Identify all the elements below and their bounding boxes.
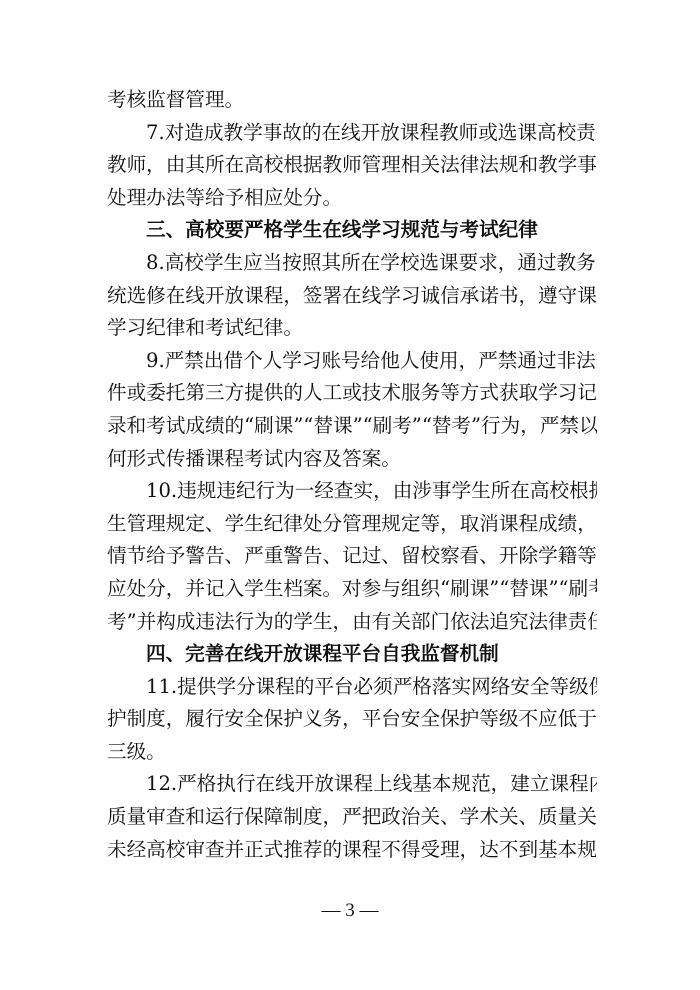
text-line: 处理办法等给予相应处分。 (107, 182, 597, 215)
paragraph-11-start: 11.提供学分课程的平台必须严格落实网络安全等级保 (107, 671, 597, 704)
paragraph-9-start: 9.严禁出借个人学习账号给他人使用，严禁通过非法软 (107, 345, 597, 378)
page-number: — 3 — (0, 900, 700, 922)
text-line: 学习纪律和考试纪律。 (107, 312, 597, 345)
paragraph-10-start: 10.违规违纪行为一经查实，由涉事学生所在高校根据学 (107, 475, 597, 508)
text-line: 教师，由其所在高校根据教师管理相关法律法规和教学事故 (107, 149, 597, 182)
text-line: 何形式传播课程考试内容及答案。 (107, 443, 597, 476)
text-line: 件或委托第三方提供的人工或技术服务等方式获取学习记 (107, 377, 597, 410)
section-heading-4: 四、完善在线开放课程平台自我监督机制 (107, 638, 597, 671)
text-line: 三级。 (107, 736, 597, 769)
text-line: 统选修在线开放课程，签署在线学习诚信承诺书，遵守课程 (107, 280, 597, 313)
text-line: 生管理规定、学生纪律处分管理规定等，取消课程成绩，视 (107, 508, 597, 541)
text-line: 质量审查和运行保障制度，严把政治关、学术关、质量关。 (107, 801, 597, 834)
paragraph-8-start: 8.高校学生应当按照其所在学校选课要求，通过教务系 (107, 247, 597, 280)
text-line: 考核监督管理。 (107, 84, 597, 117)
document-body: 考核监督管理。 7.对造成教学事故的在线开放课程教师或选课高校责任 教师，由其所… (107, 84, 597, 866)
section-heading-3: 三、高校要严格学生在线学习规范与考试纪律 (107, 214, 597, 247)
text-line: 未经高校审查并正式推荐的课程不得受理，达不到基本规范 (107, 834, 597, 867)
text-line: 录和考试成绩的“刷课”“替课”“刷考”“替考”行为，严禁以任 (107, 410, 597, 443)
paragraph-7-start: 7.对造成教学事故的在线开放课程教师或选课高校责任 (107, 117, 597, 150)
text-line: 护制度，履行安全保护义务，平台安全保护等级不应低于第 (107, 703, 597, 736)
text-line: 情节给予警告、严重警告、记过、留校察看、开除学籍等相 (107, 540, 597, 573)
text-line: 应处分，并记入学生档案。对参与组织“刷课”“替课”“刷考”“替 (107, 573, 597, 606)
text-line: 考”并构成违法行为的学生，由有关部门依法追究法律责任。 (107, 606, 597, 639)
paragraph-12-start: 12.严格执行在线开放课程上线基本规范，建立课程内容、 (107, 768, 597, 801)
